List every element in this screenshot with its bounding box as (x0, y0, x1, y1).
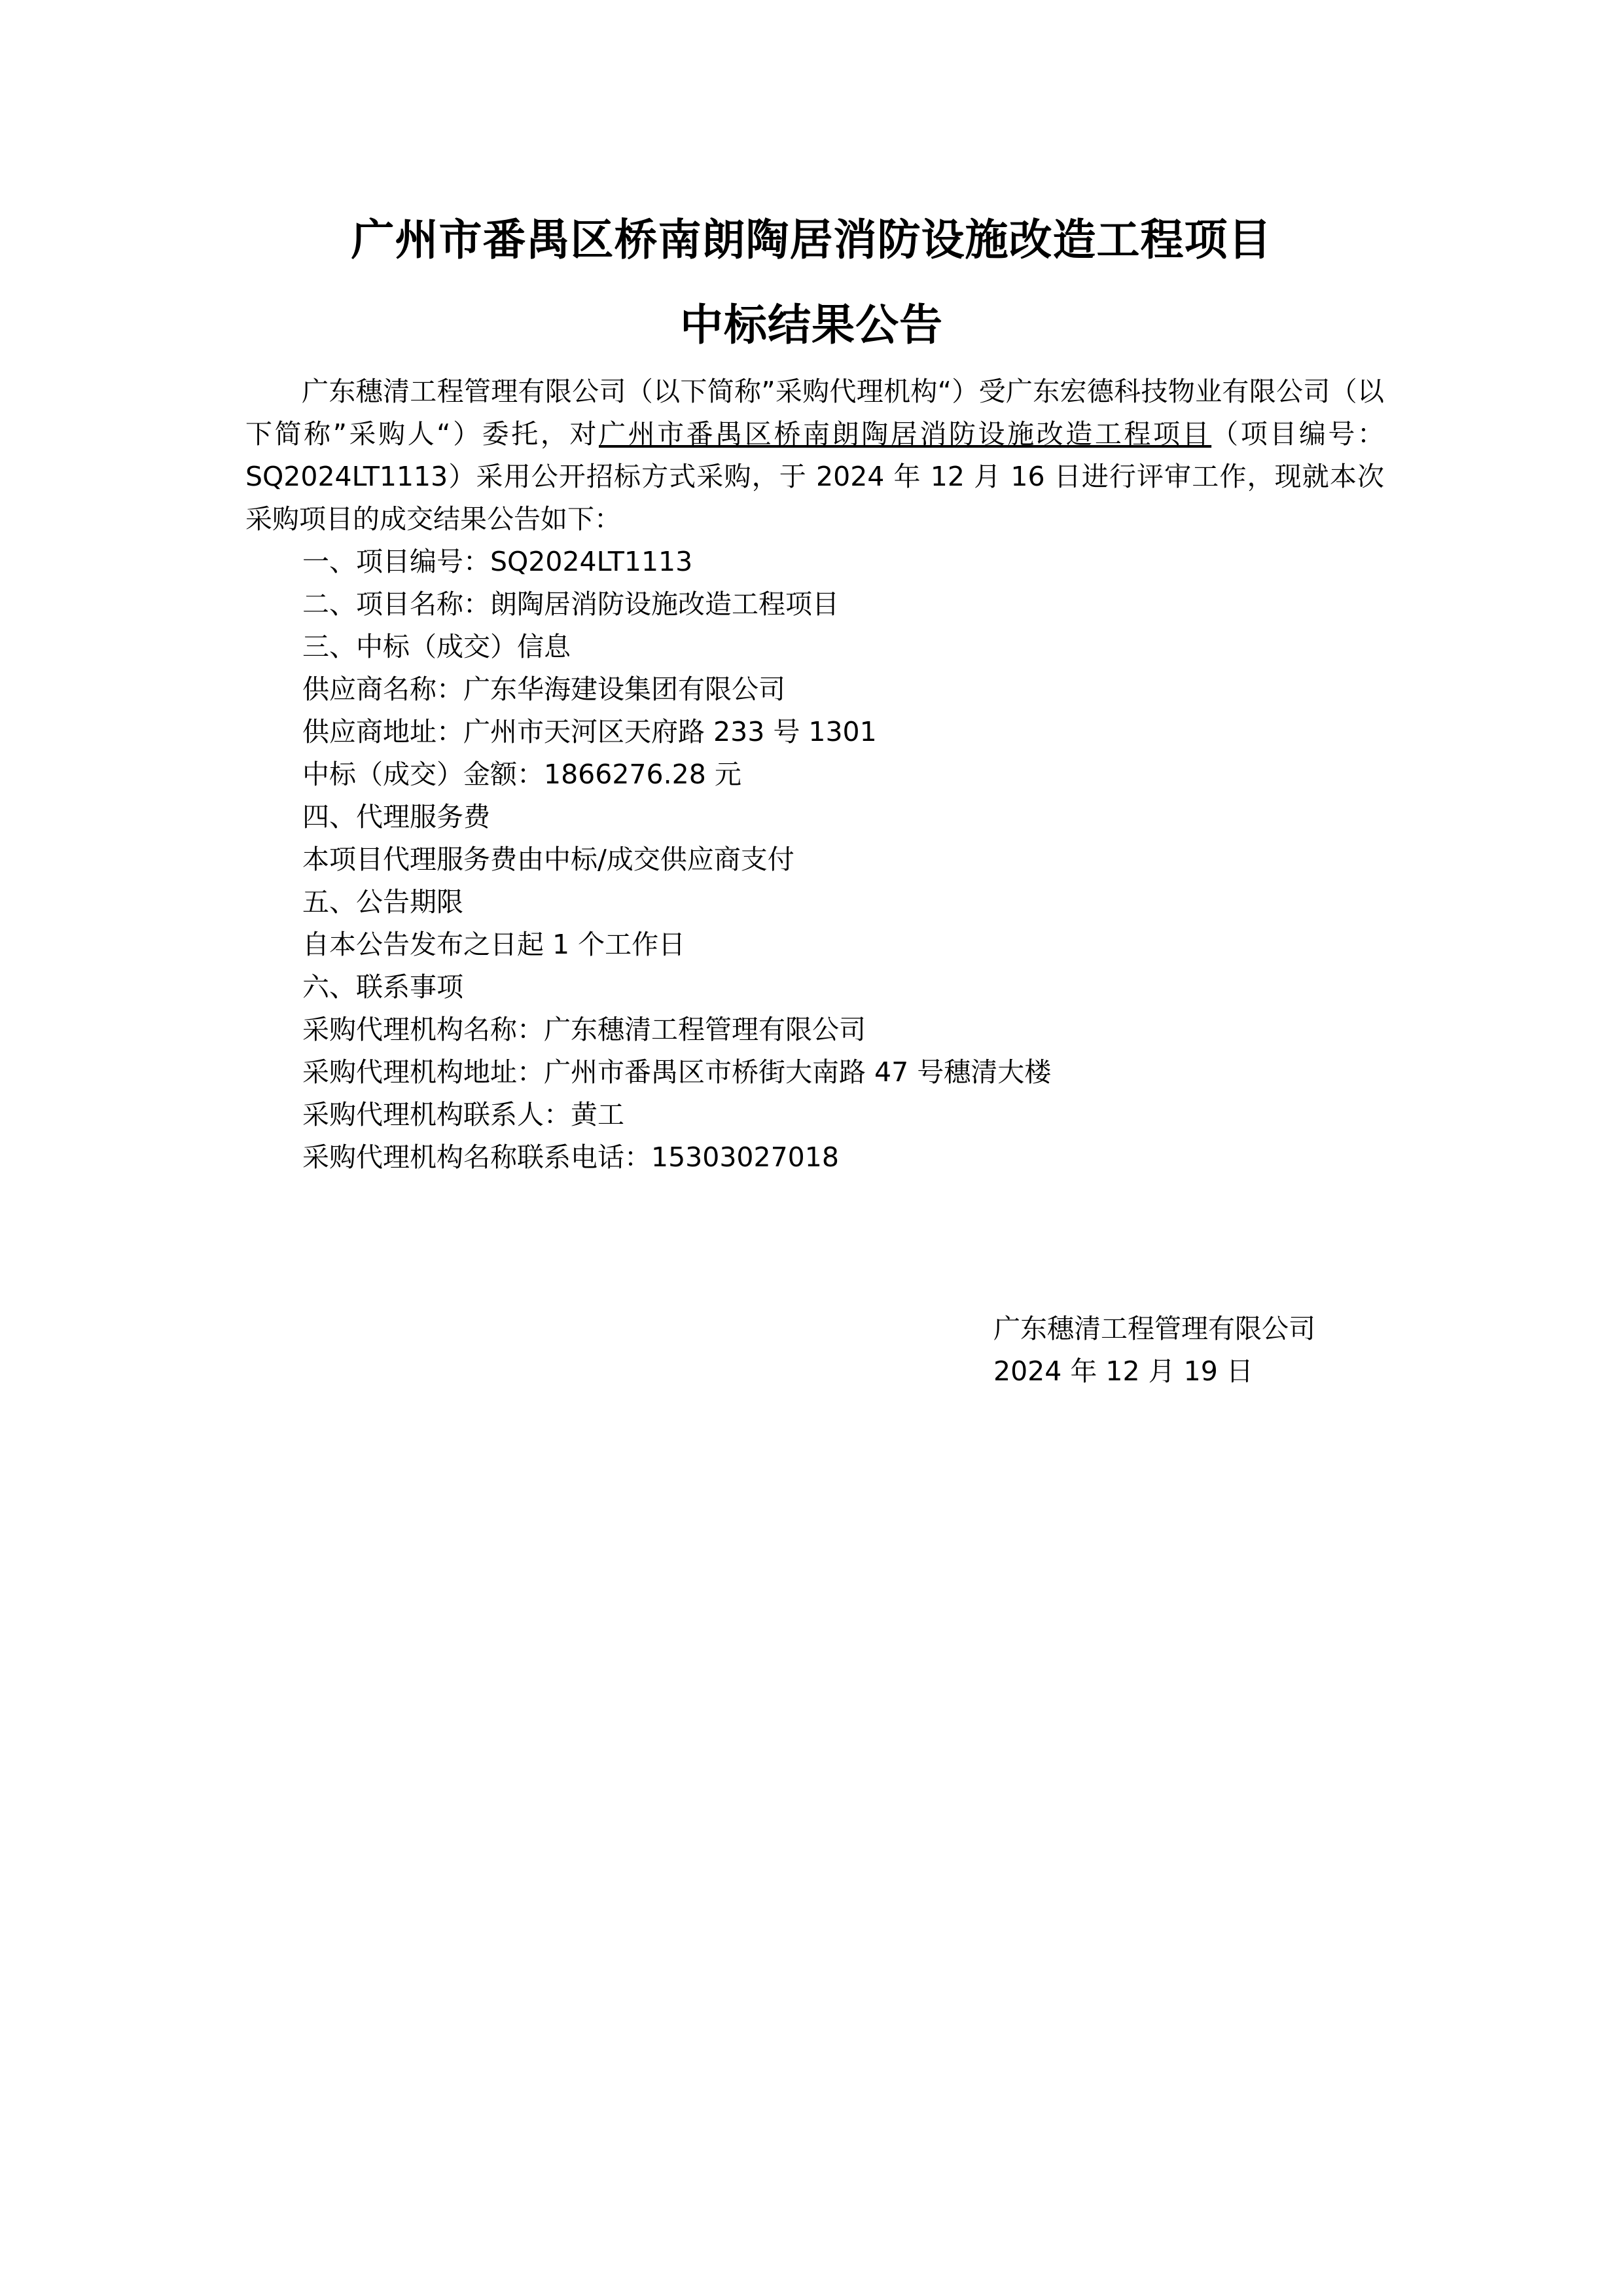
item-supplier-name: 供应商名称：广东华海建设集团有限公司 (302, 668, 785, 711)
item-agency-phone: 采购代理机构名称联系电话：15303027018 (302, 1136, 839, 1179)
section-notice-period: 五、公告期限 (302, 881, 463, 924)
item-notice-period: 自本公告发布之日起 1 个工作日 (302, 924, 685, 966)
item-agency-name: 采购代理机构名称：广东穗清工程管理有限公司 (302, 1009, 866, 1051)
item-project-name: 二、项目名称：朗陶居消防设施改造工程项目 (302, 583, 839, 626)
document-page: 广州市番禺区桥南朗陶居消防设施改造工程项目 中标结果公告 广东穗清工程管理有限公… (0, 0, 1623, 2296)
section-agency-fee: 四、代理服务费 (302, 796, 490, 838)
intro-paragraph: 广东穗清工程管理有限公司（以下简称”采购代理机构“）受广东宏德科技物业有限公司（… (245, 370, 1384, 541)
document-title: 广州市番禺区桥南朗陶居消防设施改造工程项目 (0, 213, 1623, 266)
document-subtitle: 中标结果公告 (0, 298, 1623, 351)
signature-date: 2024 年 12 月 19 日 (993, 1350, 1253, 1393)
section-contact: 六、联系事项 (302, 966, 463, 1009)
item-award-amount: 中标（成交）金额：1866276.28 元 (302, 753, 741, 796)
section-award-info: 三、中标（成交）信息 (302, 626, 571, 668)
item-project-number: 一、项目编号：SQ2024LT1113 (302, 541, 692, 583)
project-name-underlined: 广州市番禺区桥南朗陶居消防设施改造工程项目 (599, 418, 1211, 450)
item-agency-fee-note: 本项目代理服务费由中标/成交供应商支付 (302, 838, 794, 881)
item-agency-address: 采购代理机构地址：广州市番禺区市桥街大南路 47 号穗清大楼 (302, 1051, 1051, 1094)
signature-company: 广东穗清工程管理有限公司 (993, 1308, 1315, 1350)
item-supplier-address: 供应商地址：广州市天河区天府路 233 号 1301 (302, 711, 877, 753)
item-agency-contact: 采购代理机构联系人：黄工 (302, 1094, 624, 1136)
